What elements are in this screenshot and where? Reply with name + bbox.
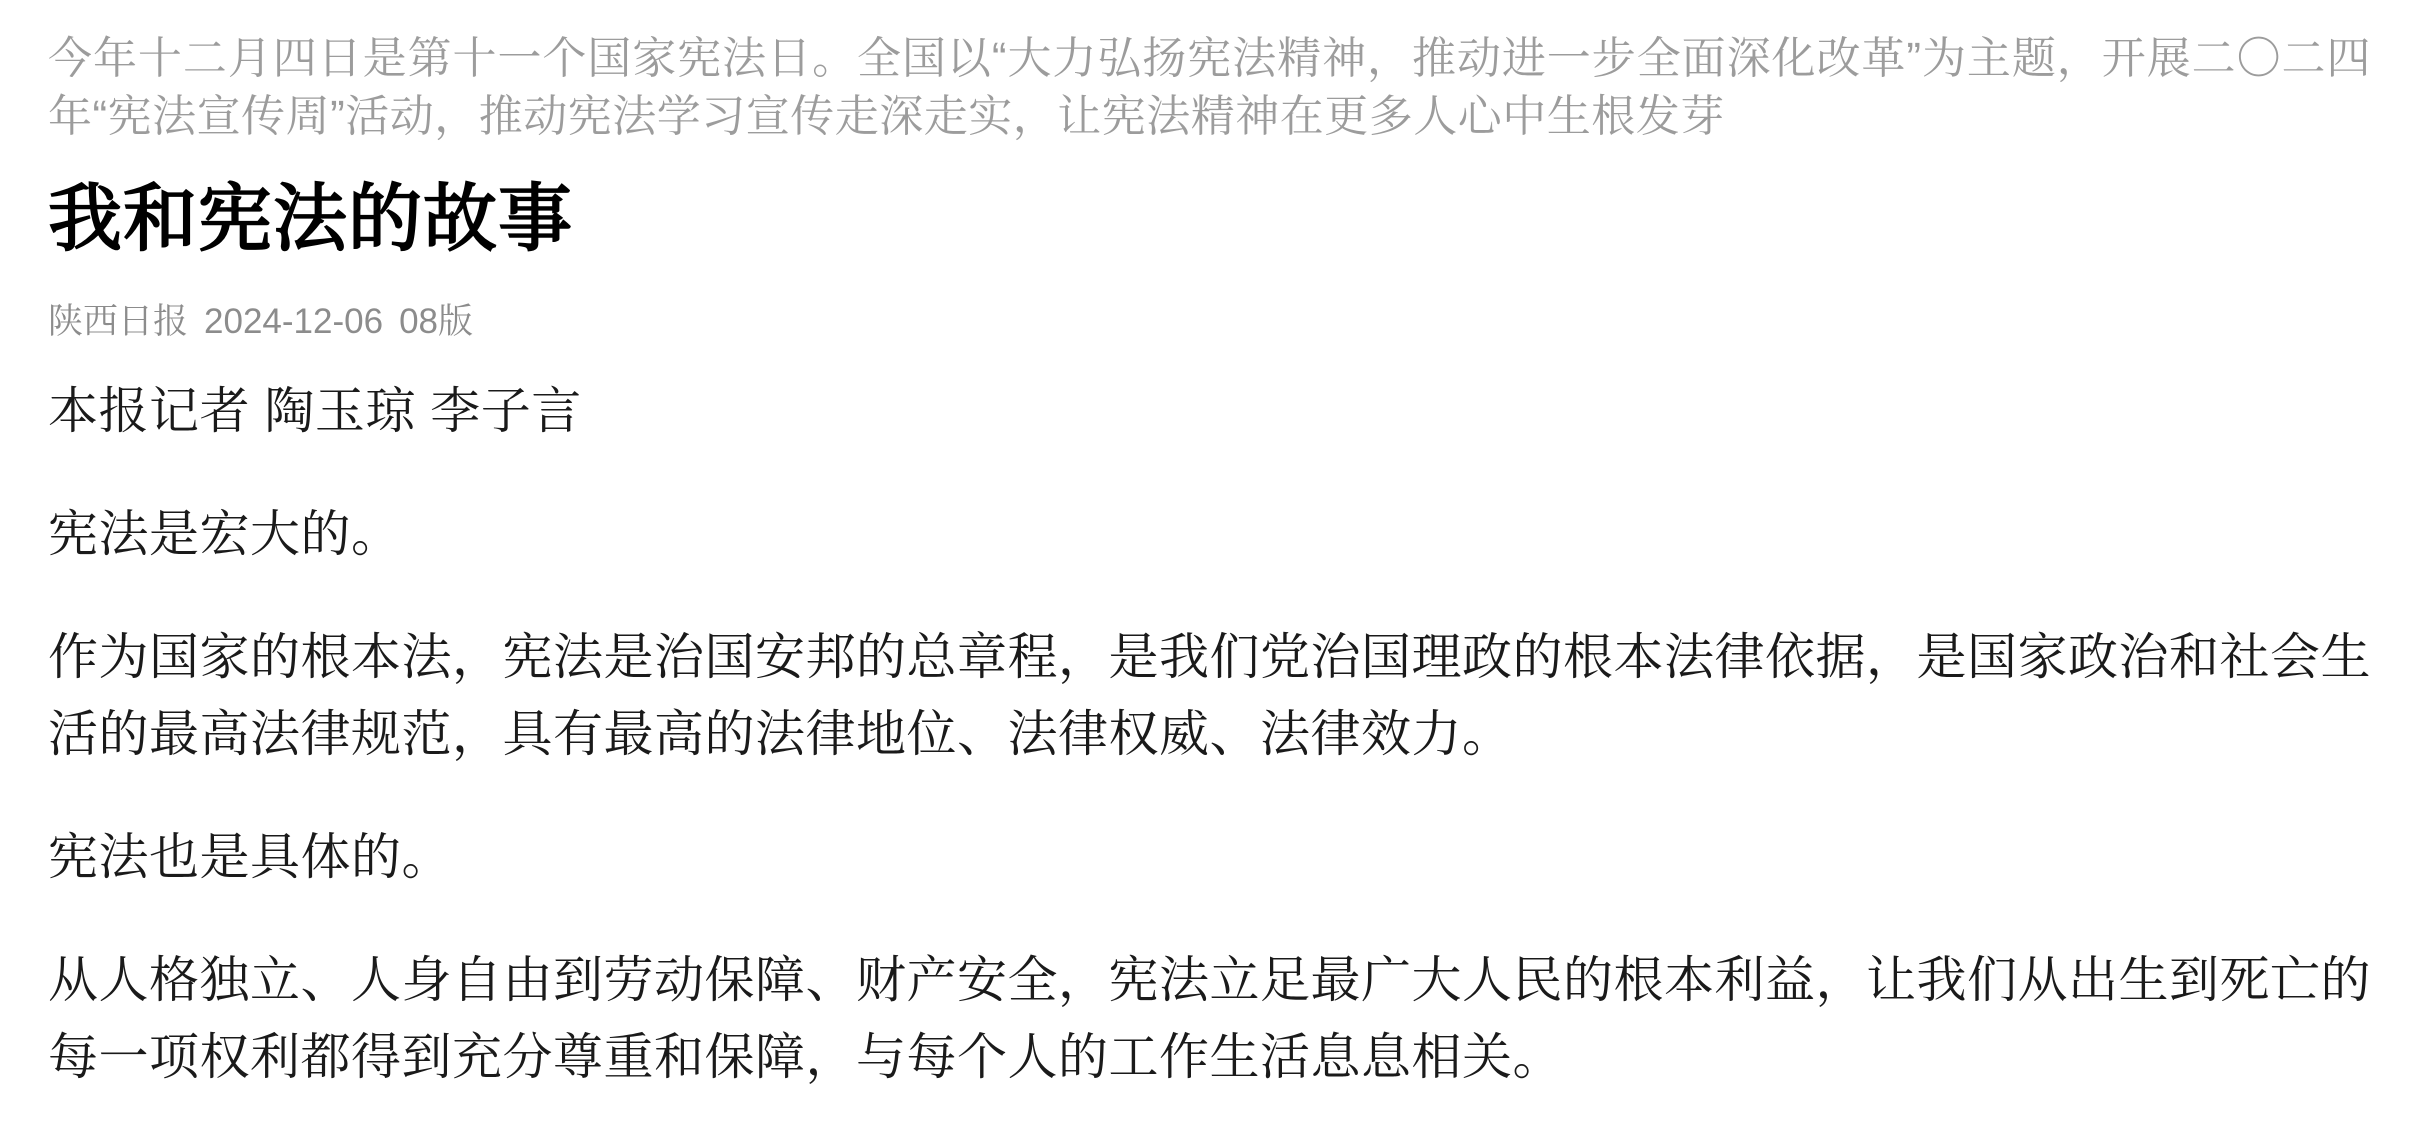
article-body: 本报记者 陶玉琼 李子言 宪法是宏大的。 作为国家的根本法，宪法是治国安邦的总章… xyxy=(48,373,2371,1096)
byline-date: 2024-12-06 xyxy=(204,301,383,343)
article-paragraph: 从人格独立、人身自由到劳动保障、财产安全，宪法立足最广大人民的根本利益，让我们从… xyxy=(48,942,2371,1096)
article-paragraph: 作为国家的根本法，宪法是治国安邦的总章程，是我们党治国理政的根本法律依据，是国家… xyxy=(48,619,2371,773)
article-title: 我和宪法的故事 xyxy=(48,174,2371,263)
byline-source: 陕西日报 xyxy=(48,301,188,343)
article-page: 今年十二月四日是第十一个国家宪法日。全国以“大力弘扬宪法精神，推动进一步全面深化… xyxy=(0,0,2419,1096)
article-paragraph: 宪法是宏大的。 xyxy=(48,496,2371,573)
article-paragraph-reporters: 本报记者 陶玉琼 李子言 xyxy=(48,373,2371,450)
article-byline: 陕西日报 2024-12-06 08版 xyxy=(48,301,2371,343)
article-lead: 今年十二月四日是第十一个国家宪法日。全国以“大力弘扬宪法精神，推动进一步全面深化… xyxy=(48,30,2371,146)
article-paragraph: 宪法也是具体的。 xyxy=(48,819,2371,896)
byline-edition: 08版 xyxy=(399,301,473,343)
